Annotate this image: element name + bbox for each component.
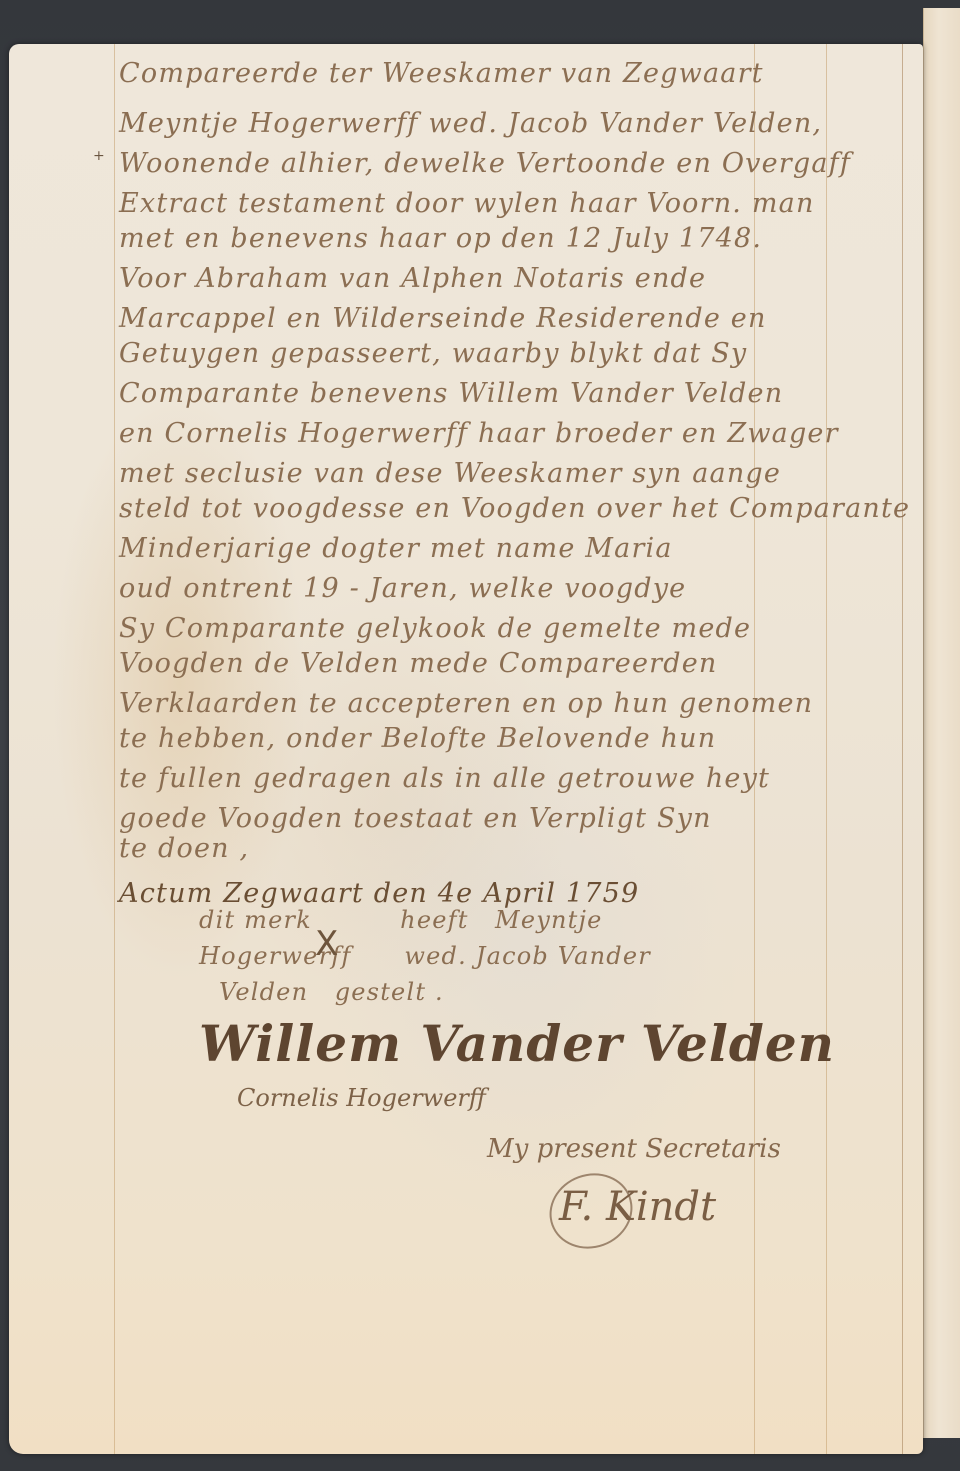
mark-line: Hogerwerff wed. Jacob Vander — [199, 942, 651, 970]
body-line: te hebben, onder Belofte Belovende hun — [119, 723, 716, 754]
body-line: Meyntje Hogerwerff wed. Jacob Vander Vel… — [119, 108, 822, 139]
body-line: met seclusie van dese Weeskamer syn aang… — [119, 458, 781, 489]
body-line: oud ontrent 19 - Jaren, welke voogdye — [119, 573, 686, 604]
mark-line: dit merk heeft Meyntje — [199, 906, 603, 934]
body-line: Verklaarden te accepteren en op hun geno… — [119, 688, 813, 719]
body-line: Marcappel en Wilderseinde Residerende en — [119, 303, 767, 334]
facing-page-edge — [923, 8, 960, 1438]
notary-attestation: My present Secretaris — [487, 1134, 781, 1164]
body-line: Minderjarige dogter met name Maria — [119, 533, 673, 564]
body-line: met en benevens haar op den 12 July 1748… — [119, 223, 762, 254]
signature-cornelis-hogerwerff: Cornelis Hogerwerff — [237, 1084, 486, 1112]
manuscript-page: + Compareerde ter Weeskamer van Zegwaart… — [9, 44, 923, 1454]
body-line: Comparante benevens Willem Vander Velden — [119, 378, 783, 409]
x-mark-signature: X — [315, 924, 338, 964]
body-line: en Cornelis Hogerwerff haar broeder en Z… — [119, 418, 839, 449]
margin-rule-mid — [754, 44, 755, 1454]
body-line: Sy Comparante gelykook de gemelte mede — [119, 613, 751, 644]
page-fold-line — [902, 44, 903, 1454]
body-line: Compareerde ter Weeskamer van Zegwaart — [119, 58, 764, 89]
mark-line: Velden gestelt . — [219, 978, 444, 1006]
margin-rule-left — [114, 44, 115, 1454]
body-line: te doen , — [119, 833, 249, 864]
body-line: goede Voogden toestaat en Verpligt Syn — [119, 803, 712, 834]
body-line: Voogden de Velden mede Compareerden — [119, 648, 718, 679]
body-line: Extract testament door wylen haar Voorn.… — [119, 188, 815, 219]
body-line: Getuygen gepasseert, waarby blykt dat Sy — [119, 338, 747, 369]
body-line: Woonende alhier, dewelke Vertoonde en Ov… — [119, 148, 851, 179]
signature-notary-kindt: F. Kindt — [559, 1184, 716, 1230]
body-line: steld tot voogdesse en Voogden over het … — [119, 493, 910, 524]
margin-cross-mark: + — [93, 148, 105, 164]
actum-date-line: Actum Zegwaart den 4e April 1759 — [119, 878, 639, 909]
body-line: Voor Abraham van Alphen Notaris ende — [119, 263, 706, 294]
margin-rule-right — [826, 44, 827, 1454]
body-line: te fullen gedragen als in alle getrouwe … — [119, 763, 770, 794]
signature-willem-vander-velden: Willem Vander Velden — [199, 1014, 835, 1073]
